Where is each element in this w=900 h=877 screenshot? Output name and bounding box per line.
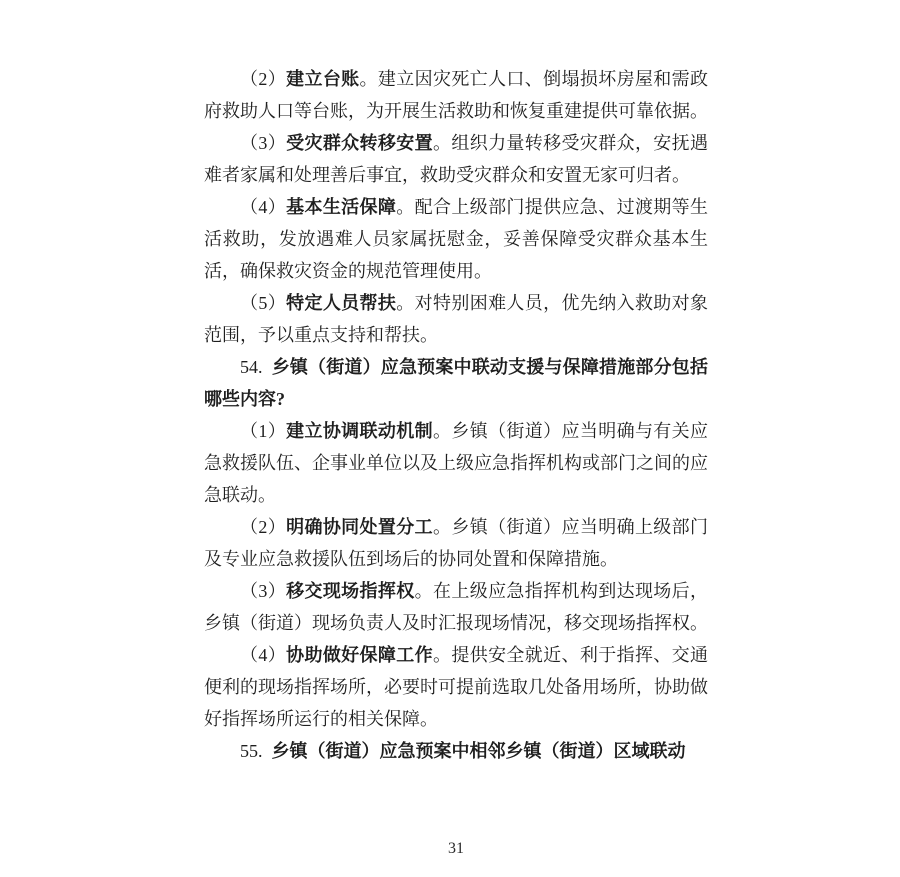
item-lead: （3） — [240, 133, 286, 153]
question-heading-54: 54.乡镇（街道）应急预案中联动支援与保障措施部分包括哪些内容? — [204, 351, 708, 415]
text-block: （2）建立台账。建立因灾死亡人口、倒塌损坏房屋和需政府救助人口等台账，为开展生活… — [204, 63, 708, 767]
item-heading: 建立台账 — [286, 69, 359, 89]
item-lead: （1） — [240, 421, 286, 441]
question-text: 乡镇（街道）应急预案中联动支援与保障措施部分包括哪些内容? — [204, 357, 708, 409]
item-heading: 特定人员帮扶 — [286, 293, 396, 313]
question-text: 乡镇（街道）应急预案中相邻乡镇（街道）区域联动 — [272, 741, 686, 761]
question-number: 54. — [240, 357, 263, 377]
item-lead: （5） — [240, 293, 286, 313]
paragraph-item-3: （3）受灾群众转移安置。组织力量转移受灾群众，安抚遇难者家属和处理善后事宜，救助… — [204, 127, 708, 191]
document-page: （2）建立台账。建立因灾死亡人口、倒塌损坏房屋和需政府救助人口等台账，为开展生活… — [0, 0, 900, 877]
item-heading: 受灾群众转移安置 — [286, 133, 433, 153]
item-heading: 基本生活保障 — [286, 197, 396, 217]
item-lead: （4） — [240, 197, 286, 217]
item-heading: 移交现场指挥权 — [286, 581, 415, 601]
paragraph-item-2: （2）建立台账。建立因灾死亡人口、倒塌损坏房屋和需政府救助人口等台账，为开展生活… — [204, 63, 708, 127]
page-number: 31 — [204, 838, 708, 860]
paragraph-item-3b: （3）移交现场指挥权。在上级应急指挥机构到达现场后，乡镇（街道）现场负责人及时汇… — [204, 575, 708, 639]
item-lead: （2） — [240, 517, 286, 537]
question-heading-55: 55.乡镇（街道）应急预案中相邻乡镇（街道）区域联动 — [204, 735, 708, 767]
item-lead: （2） — [240, 69, 286, 89]
paragraph-item-4b: （4）协助做好保障工作。提供安全就近、利于指挥、交通便利的现场指挥场所，必要时可… — [204, 639, 708, 735]
item-heading: 建立协调联动机制 — [286, 421, 433, 441]
item-heading: 协助做好保障工作 — [286, 645, 433, 665]
item-lead: （3） — [240, 581, 286, 601]
item-lead: （4） — [240, 645, 286, 665]
question-number: 55. — [240, 741, 263, 761]
paragraph-item-4: （4）基本生活保障。配合上级部门提供应急、过渡期等生活救助，发放遇难人员家属抚慰… — [204, 191, 708, 287]
paragraph-item-5: （5）特定人员帮扶。对特别困难人员，优先纳入救助对象范围，予以重点支持和帮扶。 — [204, 287, 708, 351]
paragraph-item-1: （1）建立协调联动机制。乡镇（街道）应当明确与有关应急救援队伍、企事业单位以及上… — [204, 415, 708, 511]
paragraph-item-2b: （2）明确协同处置分工。乡镇（街道）应当明确上级部门及专业应急救援队伍到场后的协… — [204, 511, 708, 575]
item-heading: 明确协同处置分工 — [286, 517, 433, 537]
